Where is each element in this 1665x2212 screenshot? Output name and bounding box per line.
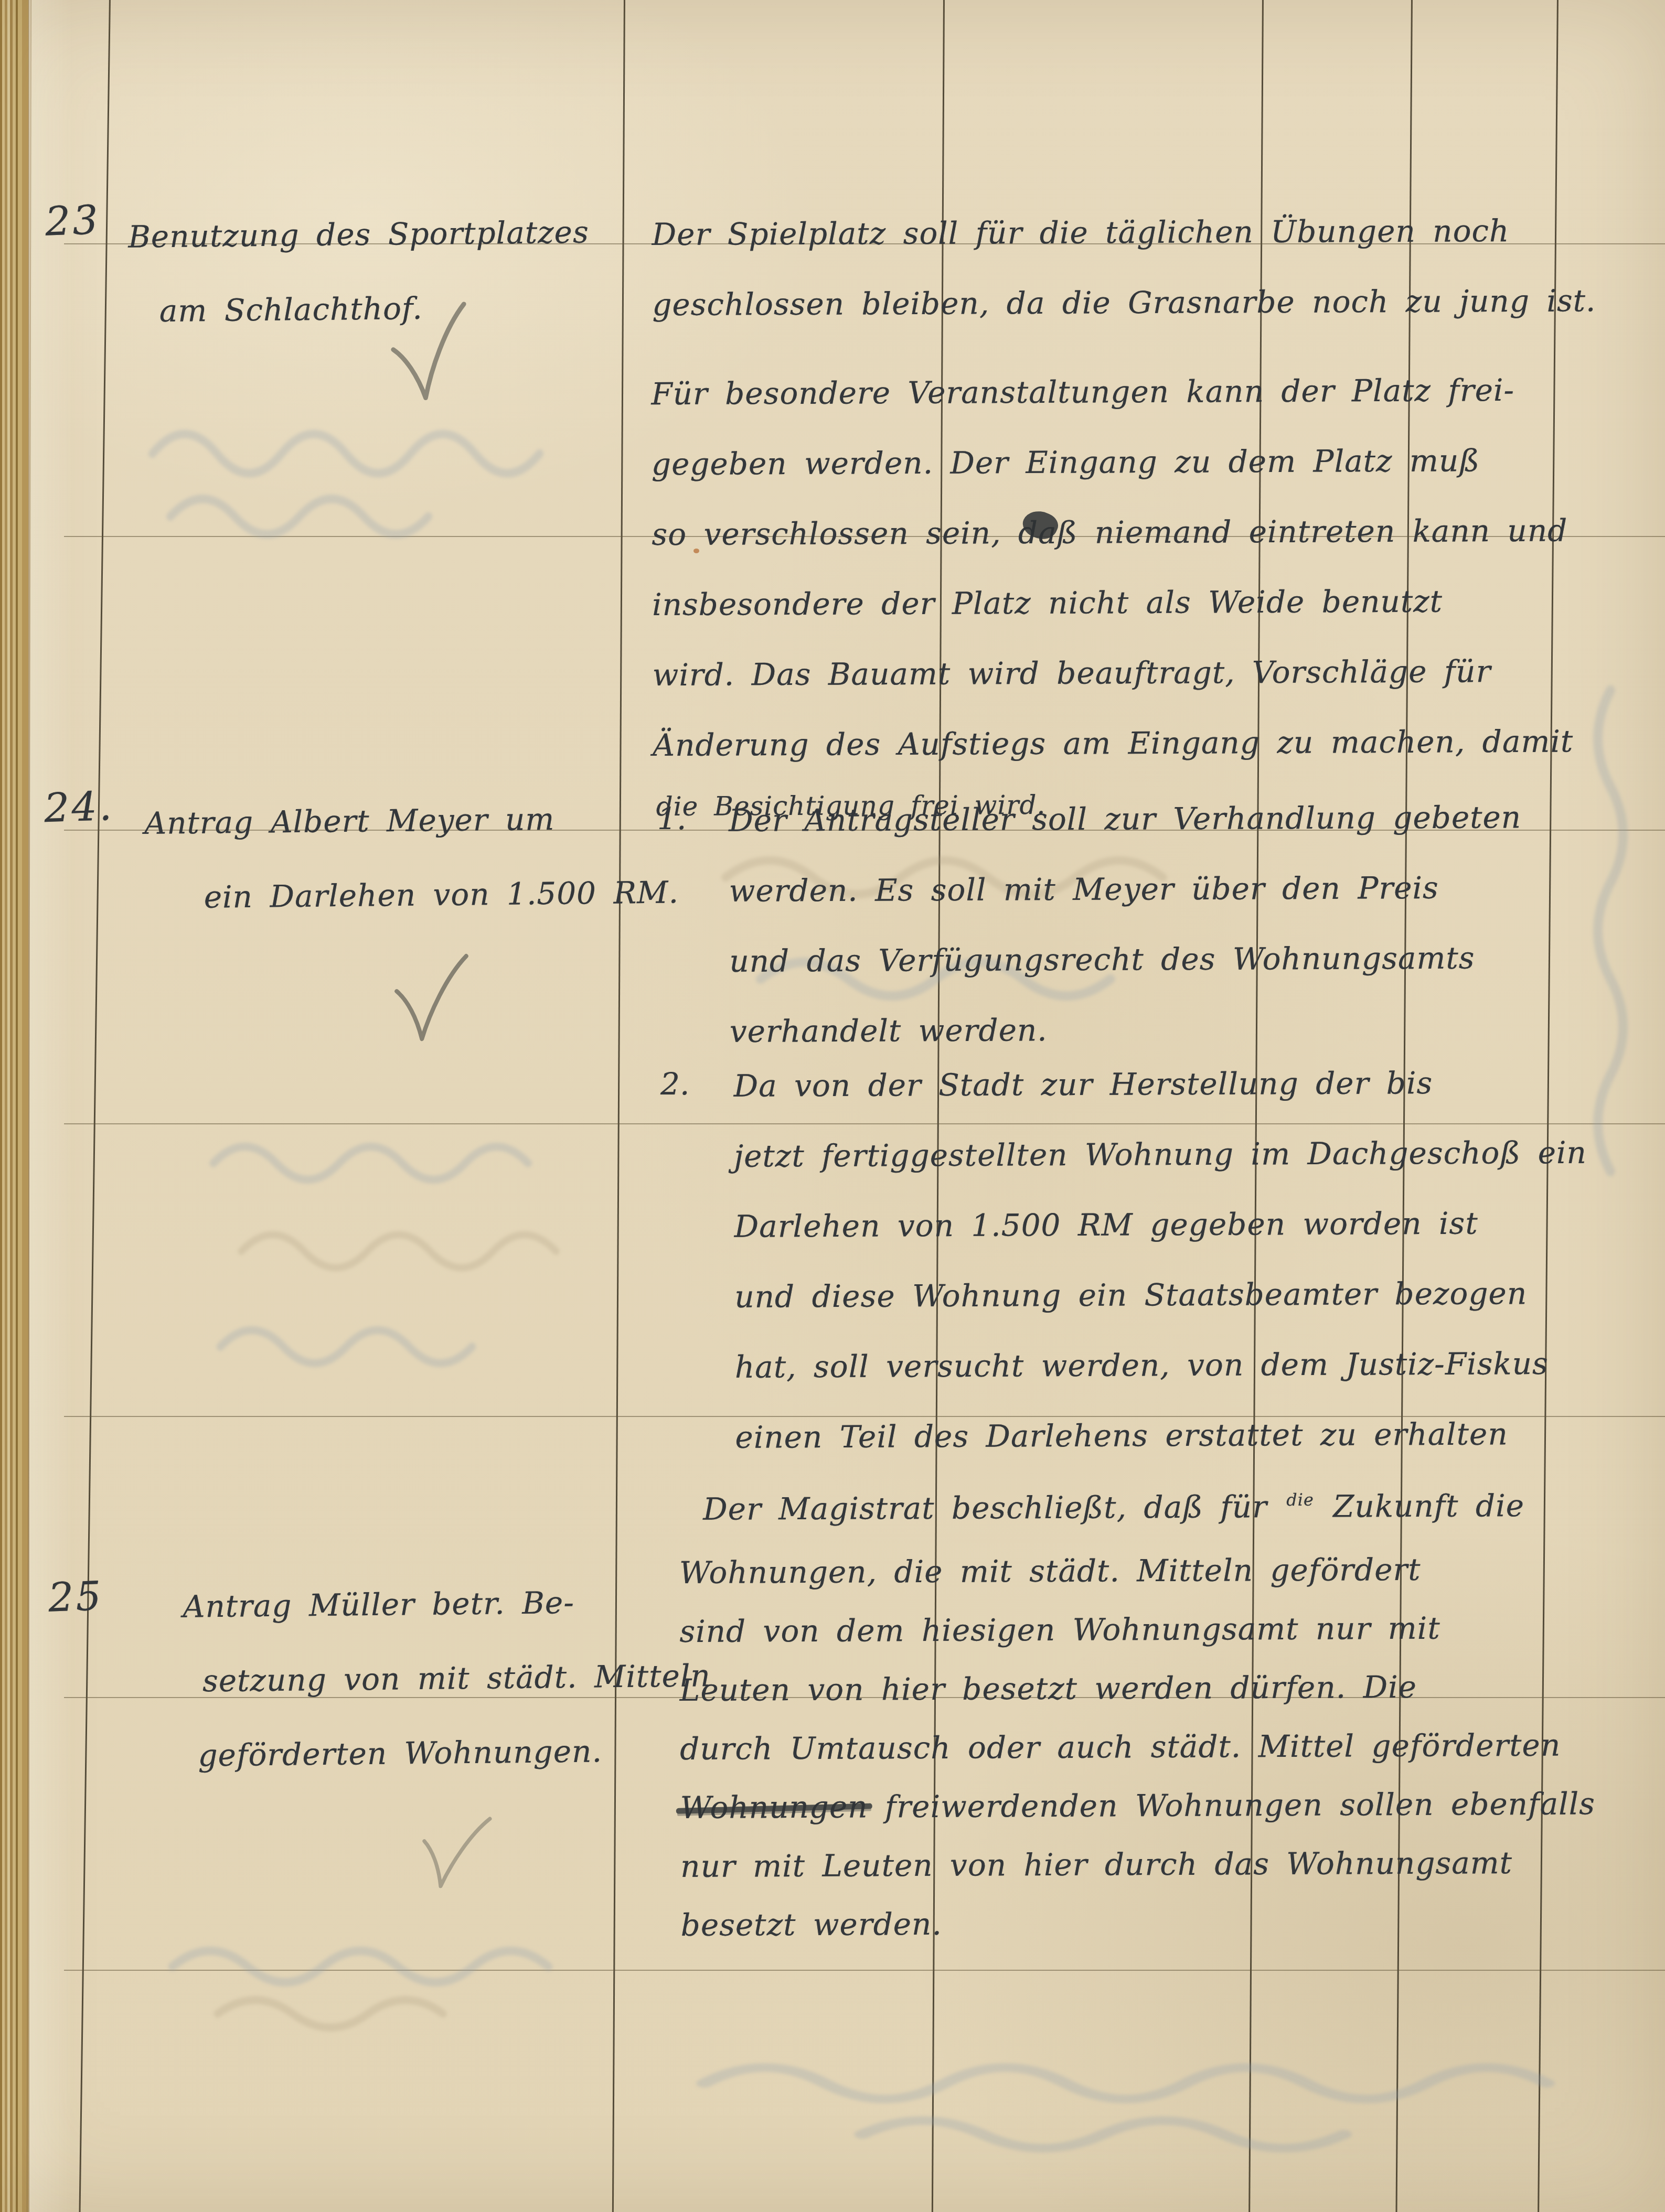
- page-binding-edge: [0, 0, 28, 2212]
- handwritten-line: Antrag Albert Meyer um: [144, 781, 648, 861]
- handwritten-line: werden. Es soll mit Meyer über den Preis: [729, 852, 1652, 926]
- entry-number: 23: [44, 196, 101, 245]
- handwritten-line: und das Verfügungsrecht des Wohnungsamts: [729, 922, 1653, 996]
- handwritten-line: Änderung des Aufstiegs am Eingang zu mac…: [653, 706, 1645, 780]
- resolution-paragraph: Der Antragsteller soll zur Verhandlung g…: [729, 781, 1653, 1067]
- handwritten-line: wird. Das Bauamt wird beauftragt, Vorsch…: [652, 636, 1644, 710]
- handwritten-line: durch Umtausch oder auch städt. Mittel g…: [680, 1715, 1645, 1778]
- handwritten-line: sind von dem hiesigen Wohnungsamt nur mi…: [679, 1598, 1645, 1661]
- handwritten-line: Der Magistrat beschließt, daß für die Zu…: [679, 1476, 1645, 1543]
- ink-bleed-ghost: [682, 2040, 1584, 2166]
- handwritten-line: geförderten Wohnungen.: [198, 1713, 657, 1792]
- handwritten-line: am Schlachthof.: [159, 269, 601, 348]
- handwritten-line: Wohnungen, die mit städt. Mitteln geförd…: [679, 1539, 1645, 1602]
- ink-bleed-ghost: [157, 1919, 609, 2045]
- handwritten-line: geschlossen bleiben, da die Grasnarbe no…: [652, 265, 1644, 340]
- entry-subject: Antrag Müller betr. Be-setzung von mit s…: [183, 1564, 657, 1792]
- handwritten-line: jetzt fertiggestellten Wohnung im Dachge…: [734, 1117, 1652, 1191]
- vertical-rule: [612, 0, 625, 2212]
- handwritten-line: insbesondere der Platz nicht als Weide b…: [652, 565, 1644, 640]
- page-margin-edge: [28, 0, 72, 2212]
- handwritten-line: Antrag Müller betr. Be-: [183, 1564, 655, 1644]
- ink-bleed-ghost: [199, 1112, 619, 1405]
- list-marker: 2.: [660, 1049, 689, 1119]
- handwritten-line: hat, soll versucht werden, von dem Justi…: [735, 1328, 1653, 1402]
- pencil-checkmark-icon: [382, 298, 478, 412]
- handwritten-line: und diese Wohnung ein Staatsbeamter bezo…: [734, 1258, 1653, 1332]
- handwritten-line: nur mit Leuten von hier durch das Wohnun…: [680, 1833, 1646, 1896]
- list-marker: 1.: [657, 783, 686, 854]
- pencil-checkmark-icon: [409, 1786, 497, 1919]
- entry-number: 25: [47, 1572, 104, 1621]
- entry-number: 24.: [43, 782, 114, 832]
- resolution-paragraph: Der Spielplatz soll für die täglichen Üb…: [652, 195, 1643, 340]
- ink-bleed-ghost: [142, 399, 572, 556]
- handwritten-line: Für besondere Veranstaltungen kann der P…: [651, 355, 1643, 429]
- paper-speck: [693, 549, 699, 553]
- pencil-checkmark-icon: [389, 949, 472, 1051]
- entry-subject: Benutzung des Sportplatzesam Schlachthof…: [128, 195, 602, 348]
- handwritten-line: besetzt werden.: [680, 1892, 1646, 1955]
- handwritten-line: Leuten von hier besetzt werden dürfen. D…: [680, 1657, 1645, 1720]
- handwritten-line: einen Teil des Darlehens erstattet zu er…: [735, 1398, 1653, 1473]
- handwritten-line: Da von der Stadt zur Herstellung der bis: [733, 1047, 1652, 1121]
- ledger-page: 23 Benutzung des Sportplatzesam Schlacht…: [0, 0, 1665, 2212]
- entry-subject: Antrag Albert Meyer umein Darlehen von 1…: [144, 781, 649, 935]
- resolution-paragraph: Da von der Stadt zur Herstellung der bis…: [733, 1047, 1653, 1473]
- handwritten-line: ein Darlehen von 1.500 RM.: [204, 855, 649, 935]
- resolution-paragraph: Für besondere Veranstaltungen kann der P…: [651, 355, 1645, 833]
- handwritten-line: Wohnungen freiwerdenden Wohnungen sollen…: [680, 1774, 1646, 1837]
- handwritten-line: gegeben werden. Der Eingang zu dem Platz…: [652, 425, 1643, 499]
- handwritten-line: Darlehen von 1.500 RM gegeben worden ist: [734, 1187, 1652, 1262]
- handwritten-line: Benutzung des Sportplatzes: [128, 195, 601, 274]
- handwritten-line: Der Spielplatz soll für die täglichen Üb…: [652, 195, 1643, 270]
- handwritten-line: so verschlossen sein, daß niemand eintre…: [652, 495, 1643, 570]
- handwritten-line: setzung von mit städt. Mitteln: [202, 1639, 656, 1718]
- vertical-rule: [79, 0, 111, 2212]
- resolution-paragraph: Der Magistrat beschließt, daß für die Zu…: [679, 1476, 1646, 1955]
- handwritten-line: Der Antragsteller soll zur Verhandlung g…: [729, 781, 1652, 856]
